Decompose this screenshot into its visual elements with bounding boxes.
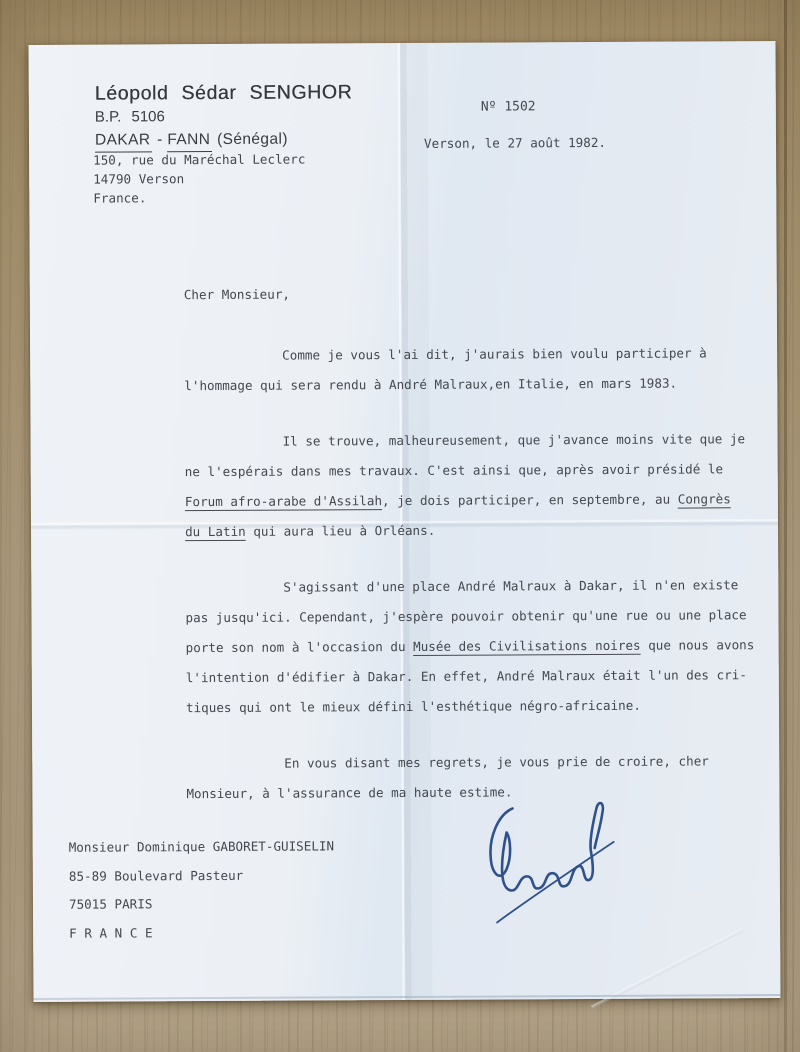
body-line: Forum afro-arabe d'Assilah, je dois part… — [185, 484, 775, 517]
body-line: porte son nom à l'occasion du Musée des … — [186, 630, 776, 663]
recipient-address-line: Monsieur Dominique GABORET-GUISELIN — [69, 832, 335, 862]
text-segment: l'intention d'édifier à Dakar. En effet,… — [186, 667, 747, 685]
body-line: En vous disant mes regrets, je vous prie… — [186, 746, 776, 779]
text-segment: S'agissant d'une place André Malraux à D… — [283, 577, 738, 594]
corner-fold-crease — [591, 928, 744, 1010]
body-paragraph: Il se trouve, malheureusement, que j'ava… — [185, 424, 776, 547]
underlined-text: Musée des Civilisations noires — [413, 638, 641, 654]
sender-address-line: France. — [93, 188, 305, 208]
body-line: Il se trouve, malheureusement, que j'ava… — [185, 424, 775, 457]
body-line: l'hommage qui sera rendu à André Malraux… — [184, 368, 774, 401]
letterhead-city-separator: - — [152, 131, 167, 148]
body-line: pas jusqu'ici. Cependant, j'espère pouvo… — [185, 600, 775, 633]
text-segment: porte son nom à l'occasion du — [186, 639, 414, 655]
recipient-address-line: F R A N C E — [69, 918, 335, 948]
recipient-address-line: 75015 PARIS — [69, 889, 335, 919]
letterhead-city-country: (Sénégal) — [212, 131, 288, 148]
text-segment: ne l'espérais dans mes travaux. C'est ai… — [185, 461, 723, 479]
body-line: l'intention d'édifier à Dakar. En effet,… — [186, 660, 776, 693]
body-paragraph: S'agissant d'une place André Malraux à D… — [185, 570, 776, 723]
letterhead-po-box: B.P. 5106 — [95, 108, 165, 125]
body-line: du Latin qui aura lieu à Orléans. — [185, 514, 775, 547]
text-segment: que nous avons — [641, 637, 755, 653]
recipient-address-block: Monsieur Dominique GABORET-GUISELIN85-89… — [69, 832, 335, 947]
wood-table: Léopold Sédar SENGHOR B.P. 5106 DAKAR - … — [0, 0, 800, 1052]
text-segment: qui aura lieu à Orléans. — [246, 523, 436, 539]
text-segment: Monsieur, à l'assurance de ma haute esti… — [186, 784, 512, 801]
text-segment: tiques qui ont le mieux défini l'esthéti… — [186, 698, 641, 715]
dateline: Verson, le 27 août 1982. — [424, 135, 606, 151]
underlined-text: Congrès — [678, 491, 731, 506]
text-segment: Comme je vous l'ai dit, j'aurais bien vo… — [282, 345, 707, 362]
body-line: S'agissant d'une place André Malraux à D… — [185, 570, 775, 603]
sender-address-line: 150, rue du Maréchal Leclerc — [93, 150, 305, 170]
signature-ink — [480, 794, 641, 935]
letter-paper: Léopold Sédar SENGHOR B.P. 5106 DAKAR - … — [28, 41, 780, 1002]
wood-plank-seam — [784, 0, 787, 1052]
sender-address-line: 14790 Verson — [93, 169, 305, 189]
text-segment: En vous disant mes regrets, je vous prie… — [284, 753, 709, 770]
text-segment: , je dois participer, en septembre, au — [382, 492, 678, 509]
sender-address-block: 150, rue du Maréchal Leclerc14790 Verson… — [93, 150, 306, 208]
text-segment: l'hommage qui sera rendu à André Malraux… — [184, 376, 677, 394]
underlined-text: du Latin — [185, 524, 246, 539]
body-line: Comme je vous l'ai dit, j'aurais bien vo… — [184, 338, 774, 371]
body-paragraph: Comme je vous l'ai dit, j'aurais bien vo… — [184, 338, 774, 401]
signature-scrawl — [490, 803, 603, 891]
salutation: Cher Monsieur, — [184, 287, 290, 303]
body-line: tiques qui ont le mieux défini l'esthéti… — [186, 690, 776, 723]
signature-underline — [497, 842, 614, 923]
letter-body: Comme je vous l'ai dit, j'aurais bien vo… — [184, 338, 776, 809]
recipient-address-line: 85-89 Boulevard Pasteur — [69, 861, 335, 891]
text-segment: pas jusqu'ici. Cependant, j'espère pouvo… — [185, 607, 746, 625]
text-segment: Il se trouve, malheureusement, que j'ava… — [283, 431, 746, 448]
underlined-text: Forum afro-arabe d'Assilah — [185, 493, 382, 509]
letterhead-sender-name: Léopold Sédar SENGHOR — [95, 81, 353, 105]
body-line: ne l'espérais dans mes travaux. C'est ai… — [185, 454, 775, 487]
reference-number: Nº 1502 — [481, 99, 536, 114]
